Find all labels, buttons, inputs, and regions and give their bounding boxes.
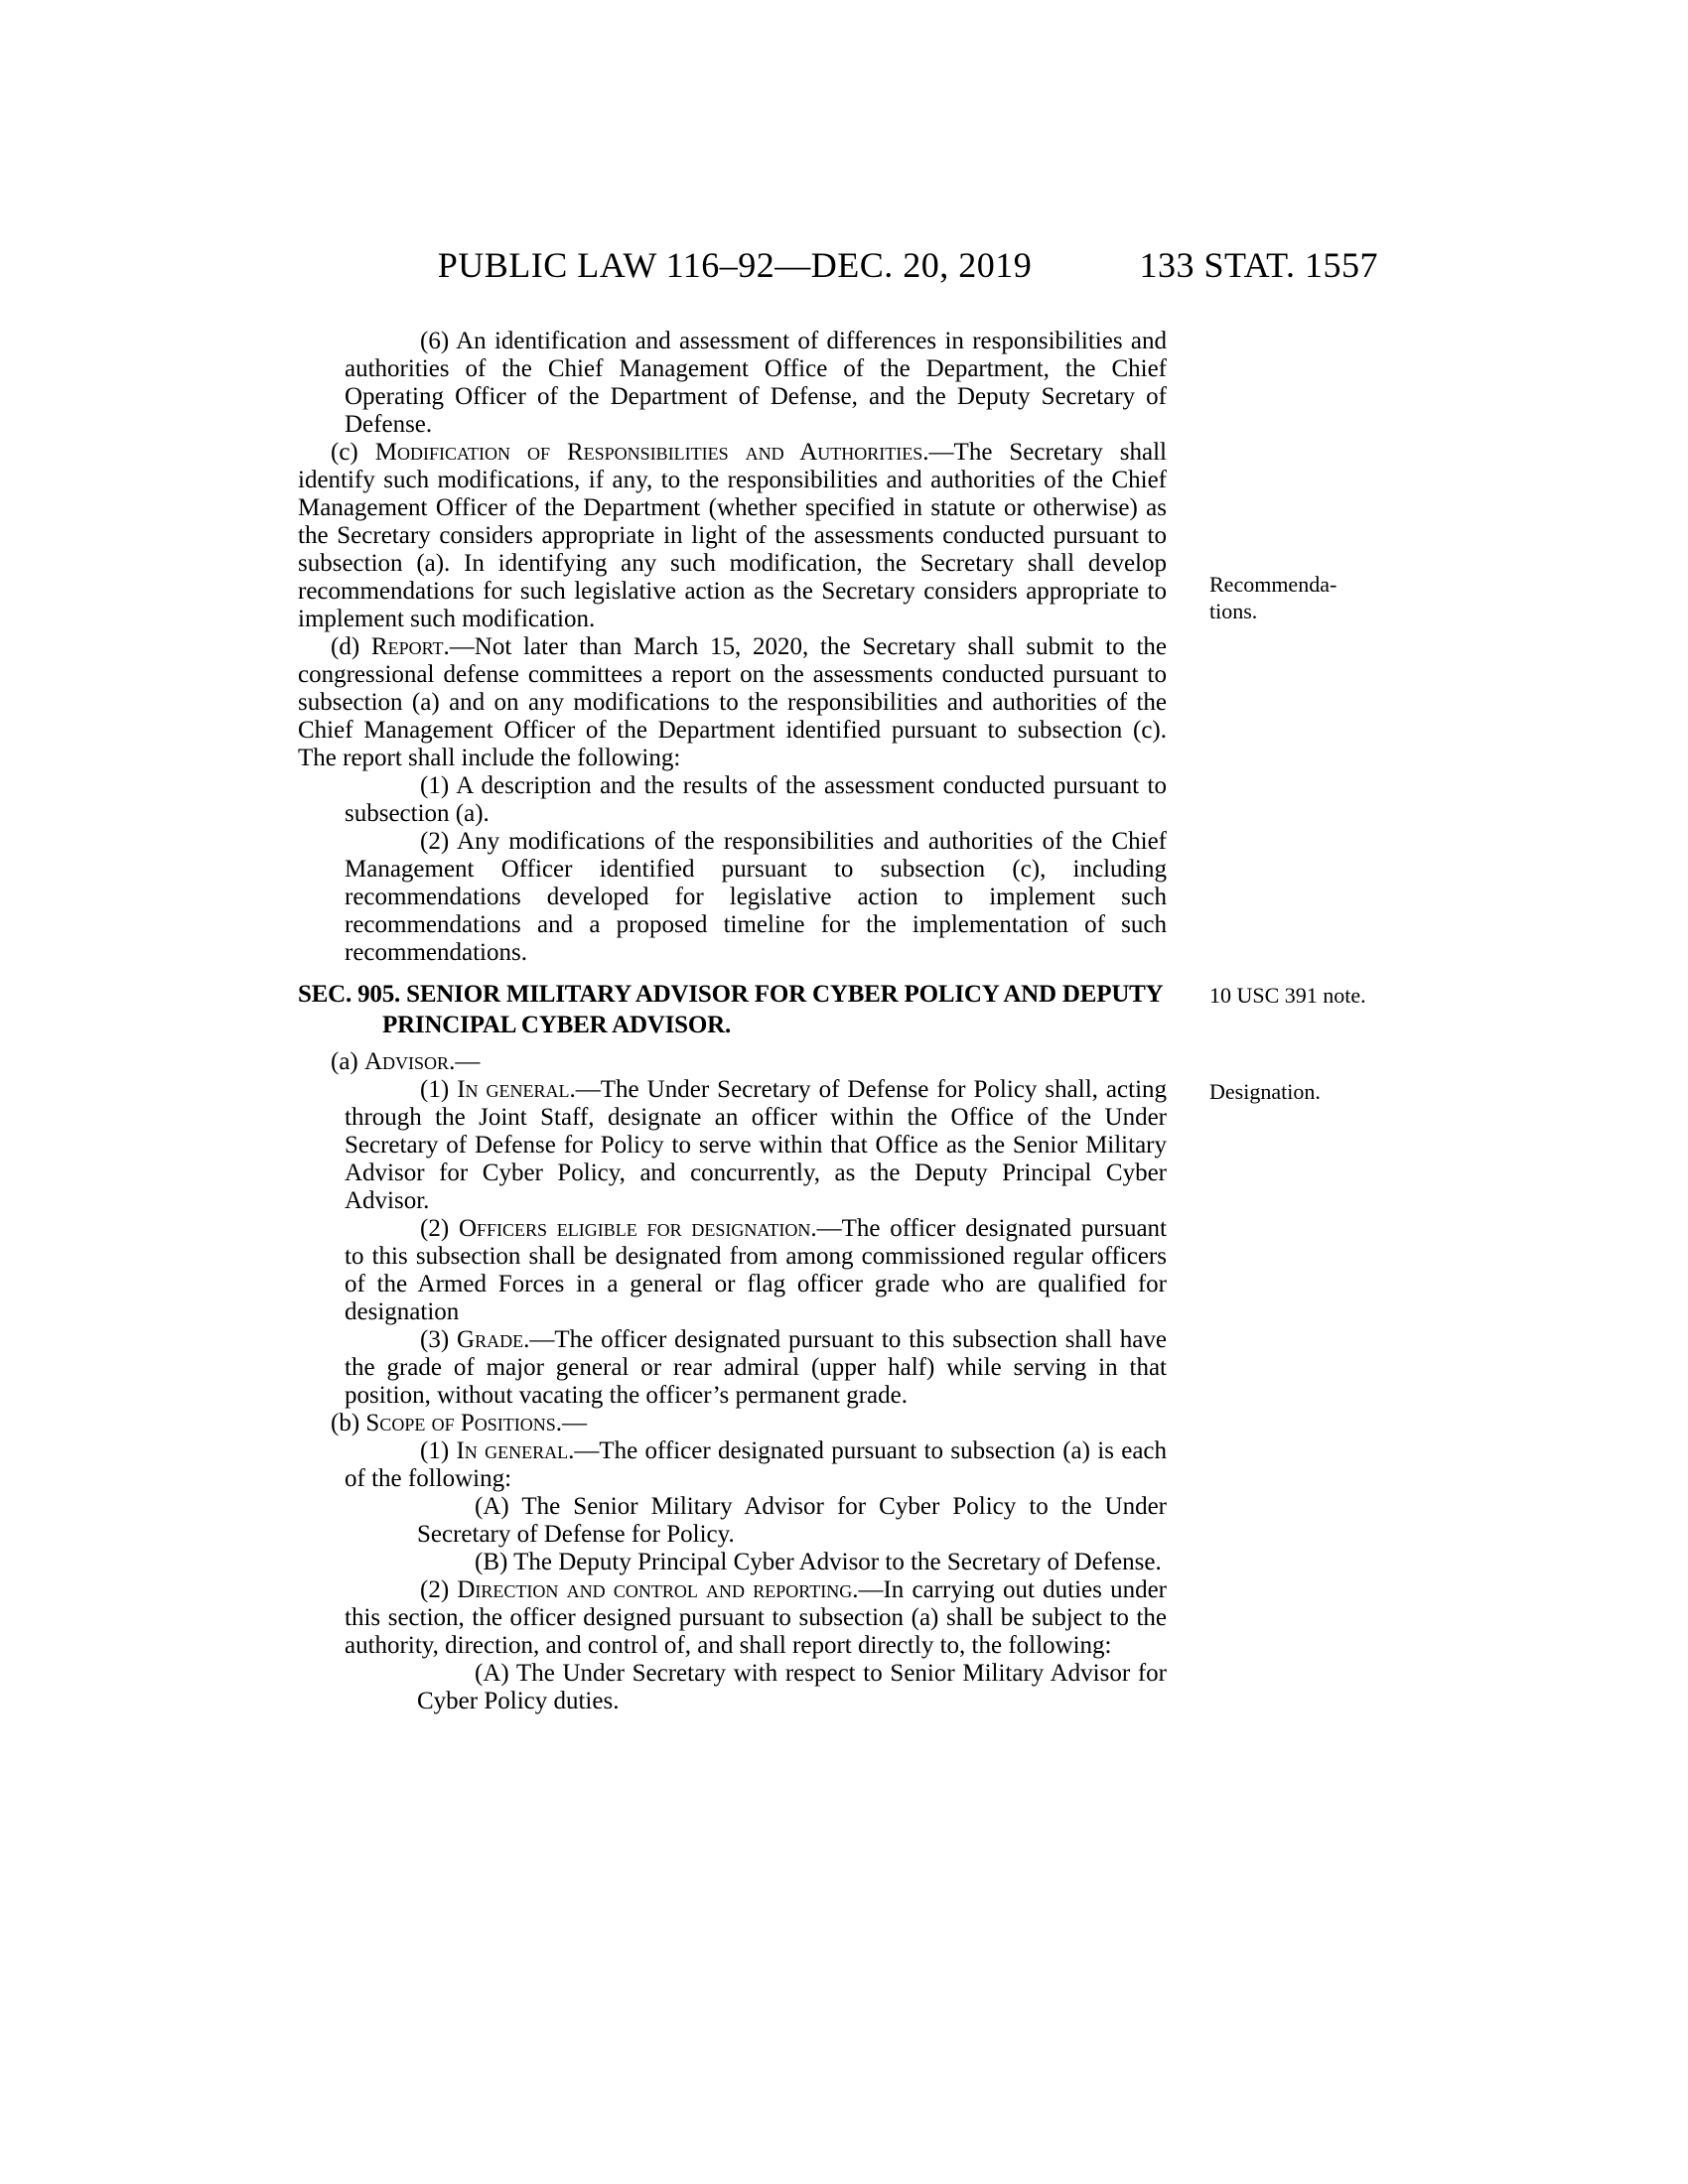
margin-note: Recommenda-tions. [1209,571,1398,624]
margin-note: 10 USC 391 note. [1209,982,1398,1009]
small-caps-run: Advisor [364,1048,449,1075]
text-run: (2) Any modifications of the responsibil… [345,828,1167,966]
small-caps-run: Scope of Positions [365,1410,555,1436]
paragraph: (B) The Deputy Principal Cyber Advisor t… [417,1549,1167,1576]
text-run: (A) The Under Secretary with respect to … [417,1660,1167,1714]
paragraph: (A) The Under Secretary with respect to … [417,1660,1167,1715]
paragraph: (2) Direction and control and reporting.… [345,1576,1167,1660]
running-head: PUBLIC LAW 116–92—DEC. 20, 2019 133 STAT… [0,0,1688,298]
paragraph: (2) Officers eligible for designation.—T… [345,1215,1167,1326]
small-caps-run: In general [456,1437,568,1464]
text-run: (1) [420,1076,457,1103]
text-run: (B) The Deputy Principal Cyber Advisor t… [475,1549,1162,1575]
section-heading-line: SEC. 905. SENIOR MILITARY ADVISOR FOR CY… [298,979,1167,1010]
statute-body: (6) An identification and assessment of … [298,328,1167,1715]
text-run: (3) [420,1326,457,1353]
paragraph: (1) In general.—The Under Secretary of D… [345,1076,1167,1215]
text-run: (1) A description and the results of the… [345,772,1167,827]
section-heading-line: PRINCIPAL CYBER ADVISOR. [382,1010,1167,1040]
paragraph: (3) Grade.—The officer designated pursua… [345,1326,1167,1410]
paragraph: (1) A description and the results of the… [345,772,1167,828]
margin-note: Designation. [1209,1078,1398,1105]
text-run: (2) [420,1215,459,1242]
paragraph: (b) Scope of Positions.— [298,1410,1167,1437]
text-run: (a) [331,1048,364,1075]
paragraph: (d) Report.—Not later than March 15, 202… [298,633,1167,772]
paragraph: (c) Modification of Responsibilities and… [298,439,1167,633]
text-run: .—The Secretary shall identify such modi… [298,439,1167,632]
small-caps-run: Direction and control and reporting [457,1576,852,1603]
text-run: .— [449,1048,480,1075]
small-caps-run: Report [371,633,444,660]
text-run: .— [556,1410,587,1436]
small-caps-run: Grade [457,1326,523,1353]
running-head-stat-page: 133 STAT. 1557 [1140,246,1378,284]
text-run: (b) [331,1410,365,1436]
text-run: (d) [331,633,371,660]
paragraph: (1) In general.—The officer designated p… [345,1437,1167,1493]
running-head-law-title: PUBLIC LAW 116–92—DEC. 20, 2019 [298,246,1172,284]
paragraph: (a) Advisor.— [298,1048,1167,1076]
text-run: (1) [420,1437,456,1464]
paragraph: (2) Any modifications of the responsibil… [345,828,1167,967]
text-run: (A) The Senior Military Advisor for Cybe… [417,1493,1167,1548]
text-run: (2) [420,1576,457,1603]
text-run: (6) An identification and assessment of … [345,328,1167,438]
small-caps-run: In general [457,1076,569,1103]
paragraph: (6) An identification and assessment of … [345,328,1167,439]
text-run: (c) [331,439,375,466]
section-heading: SEC. 905. SENIOR MILITARY ADVISOR FOR CY… [298,979,1167,1040]
paragraph: (A) The Senior Military Advisor for Cybe… [417,1493,1167,1549]
small-caps-run: Modification of Responsibilities and Aut… [375,439,923,466]
statute-page: PUBLIC LAW 116–92—DEC. 20, 2019 133 STAT… [0,0,1688,2184]
small-caps-run: Officers eligible for designation [459,1215,810,1242]
